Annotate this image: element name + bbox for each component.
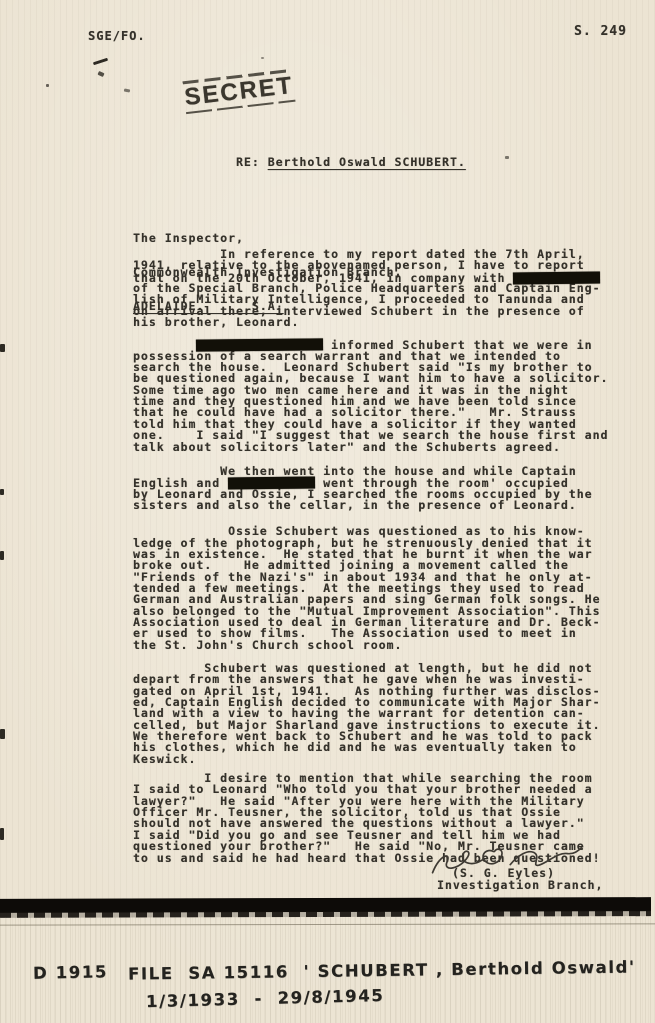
- paragraph: We then went into the house and while Ca…: [133, 466, 613, 511]
- body-line: talk about solicitors later" and the Sch…: [133, 442, 613, 453]
- redaction-bar: [228, 477, 315, 490]
- body-line: the St. John's Church school room.: [133, 640, 613, 651]
- ink-speck: [261, 57, 264, 59]
- body: In reference to my report dated the 7th …: [133, 249, 613, 864]
- body-line: 1941, relative to the abovenamed person,…: [133, 260, 613, 271]
- body-line: sisters and also the cellar, in the pres…: [133, 500, 613, 511]
- ink-speck: [93, 58, 108, 65]
- redaction-bar: [196, 339, 323, 352]
- signature-org: Investigation Branch,: [437, 880, 603, 891]
- subject-name: Berthold Oswald SCHUBERT.: [268, 155, 466, 169]
- paragraph: In reference to my report dated the 7th …: [133, 249, 613, 328]
- subject-prefix: RE:: [236, 155, 268, 169]
- redaction-bar: [513, 271, 600, 284]
- censor-bar-frayed-edge: [0, 910, 651, 918]
- paragraph: informed Schubert that we were inpossess…: [133, 339, 613, 452]
- recipient-line: The Inspector,: [133, 233, 402, 244]
- scan-edge-mark: [0, 489, 4, 495]
- ink-speck: [124, 89, 130, 93]
- scanned-document-page: SGE/FO. S. 249 SECRET RE: Berthold Oswal…: [0, 0, 655, 1023]
- pencil-line: [0, 923, 655, 925]
- paragraph: Ossie Schubert was questioned as to his …: [133, 526, 613, 651]
- body-line: his clothes, which he did and he was eve…: [133, 742, 613, 753]
- ink-speck: [505, 156, 509, 159]
- ink-speck: [97, 71, 104, 77]
- annotation-file-label: FILE SA 15116 ' SCHUBERT , Berthold Oswa…: [128, 957, 636, 983]
- header-page-number: S. 249: [574, 26, 627, 37]
- paragraph: Schubert was questioned at length, but h…: [133, 663, 613, 765]
- scan-edge-mark: [0, 551, 4, 560]
- annotation-date-range: 1/3/1933 - 29/8/1945: [146, 986, 385, 1011]
- scan-edge-mark: [0, 729, 5, 739]
- scan-edge-mark: [0, 344, 5, 352]
- header-ref-code: SGE/FO.: [88, 31, 146, 42]
- body-line: his brother, Leonard.: [133, 317, 613, 328]
- ink-speck: [46, 84, 49, 87]
- subject-line: RE: Berthold Oswald SCHUBERT.: [236, 157, 466, 168]
- body-line: Keswick.: [133, 754, 613, 765]
- scan-edge-mark: [0, 828, 4, 840]
- annotation-ref: D 1915: [33, 962, 108, 983]
- secret-stamp: SECRET: [182, 68, 295, 115]
